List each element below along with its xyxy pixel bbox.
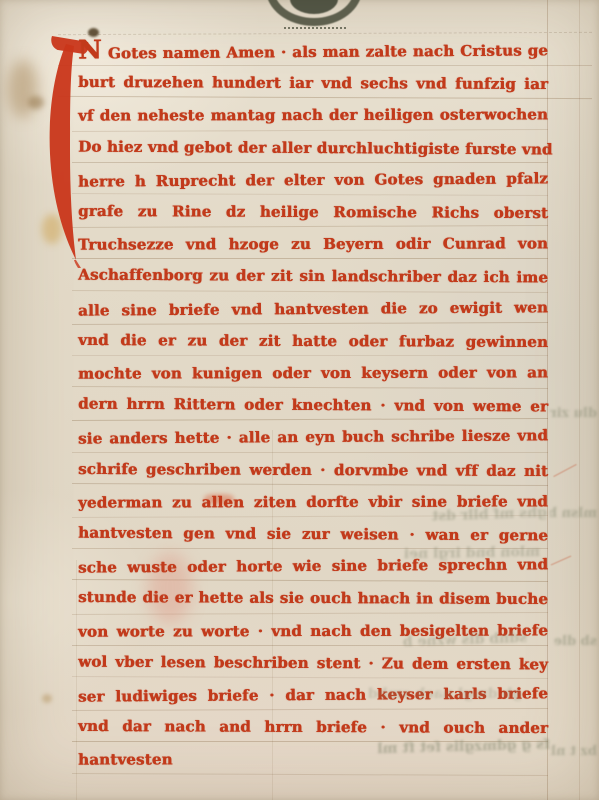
manuscript-line: stunde die er hette als sie ouch hnach i…: [78, 582, 548, 616]
manuscript-line: vnd die er zu der zit hatte oder furbaz …: [78, 325, 548, 359]
manuscript-line: schrife geschriben werden · dorvmbe vnd …: [78, 454, 548, 488]
outer-right-rule: [579, 0, 580, 800]
manuscript-line: burt druzehen hundert iar vnd sechs vnd …: [78, 67, 548, 101]
brown-stain: [8, 60, 38, 118]
margin-bleed-text: dlu zir: [550, 406, 597, 421]
manuscript-photo: N Gotes namen Amen · als man zalte nach …: [0, 0, 599, 800]
manuscript-line: N Gotes namen Amen · als man zalte nach …: [78, 34, 548, 69]
manuscript-line: alle sine briefe vnd hantvesten die zo e…: [78, 292, 548, 327]
bleed-through-text: gb dmgl nach smbd: [232, 686, 522, 702]
manuscript-line: Do hiez vnd gebot der aller durchluchtig…: [78, 131, 548, 166]
manuscript-line: Truchsezze vnd hzoge zu Beyern odir Cunr…: [78, 229, 548, 262]
left-margin-rule: [76, 560, 77, 800]
manuscript-line: Aschaffenborg zu der zit sin landschribe…: [78, 260, 548, 295]
manuscript-line: dern hrrn Rittern oder knechten · vnd vo…: [78, 389, 548, 424]
manuscript-line: grafe zu Rine dz heilige Romische Richs …: [78, 196, 548, 230]
margin-bleed-text: sb dle: [550, 634, 597, 649]
margin-bleed-text: bz t nli: [550, 744, 597, 759]
manuscript-line: sie anders hette · alle an eyn buch schr…: [78, 421, 548, 456]
corner-stain: [42, 694, 52, 703]
margin-bleed-text: mlsn b: [550, 506, 597, 521]
manuscript-line: vf den neheste mantag nach der heiligen …: [78, 100, 548, 133]
stamp-lower-lettering: [284, 27, 346, 29]
manuscript-line: herre h Ruprecht der elter von Gotes gna…: [78, 163, 548, 198]
manuscript-line: mochte von kunigen oder von keysern oder…: [78, 357, 548, 390]
